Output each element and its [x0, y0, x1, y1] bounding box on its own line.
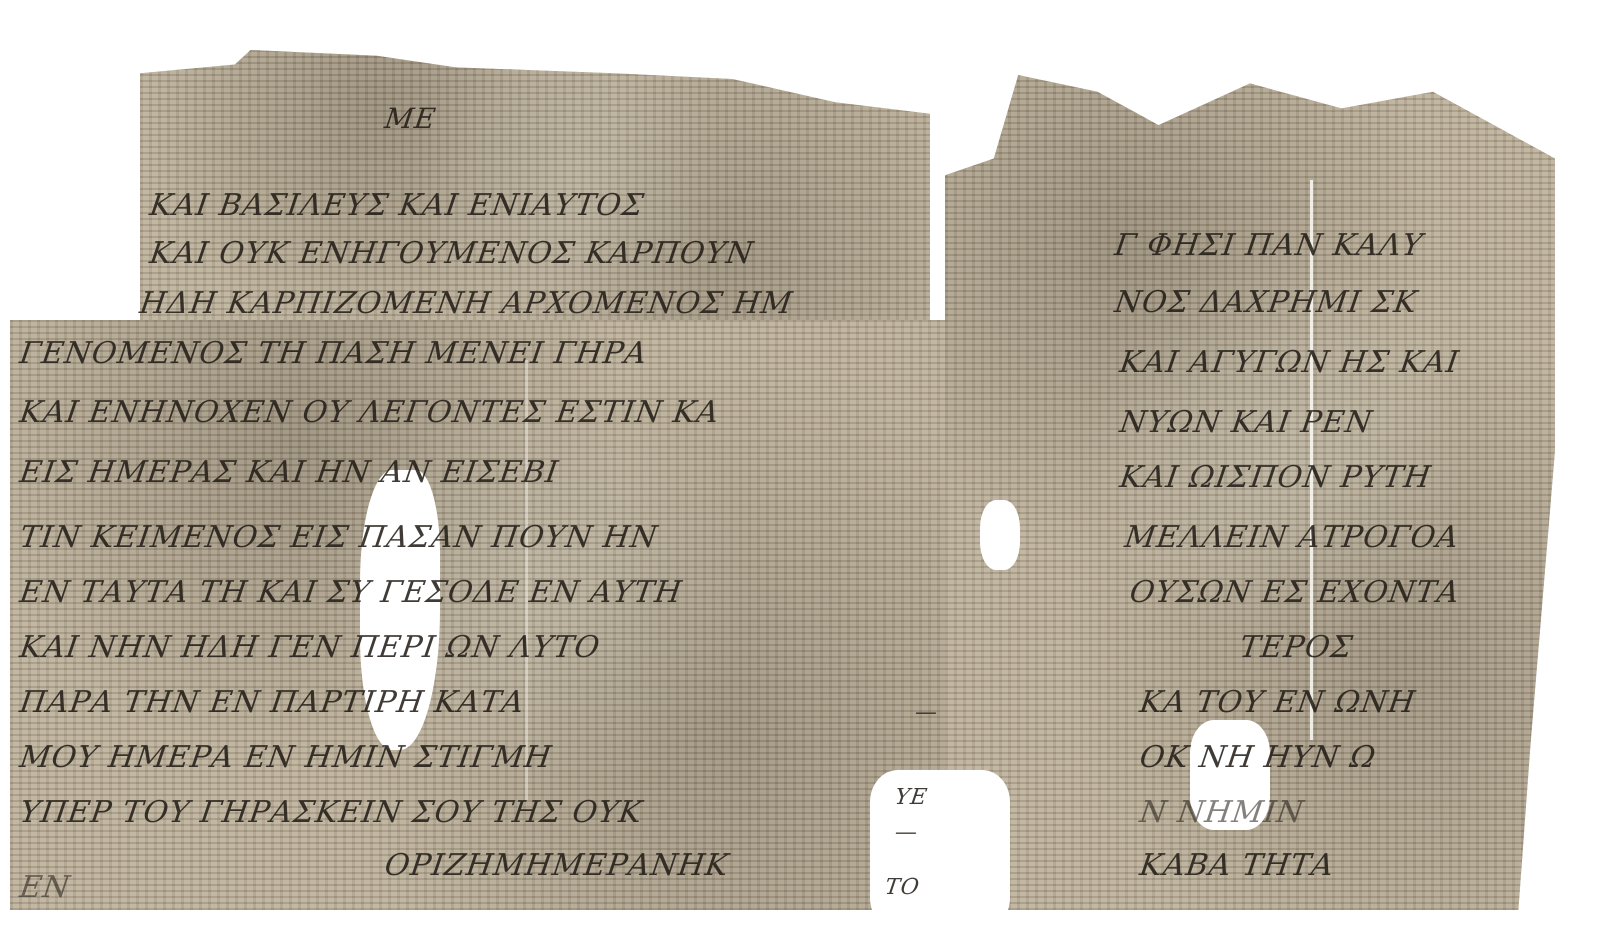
text-line: ΜΟΥ ΗΜΕΡΑ ΕΝ ΗΜΙΝ ΣΤΙΓΜΗ	[18, 740, 555, 775]
text-line: ΝΥΩΝ ΚΑΙ ΡΕΝ	[1118, 405, 1375, 440]
papyrus-hole	[870, 770, 1010, 929]
text-line: ΚΑΙ ΕΝΗΝΟΧΕΝ ΟΥ ΛΕΓΟΝΤΕΣ ΕΣΤΙΝ ΚΑ	[18, 395, 722, 430]
text-line: ΠΑΡΑ ΤΗΝ ΕΝ ΠΑΡΤΙΡΗ ΚΑΤΑ	[18, 685, 527, 720]
column-header: ΜΕ	[383, 102, 439, 135]
text-line: ΚΑΙ ΝΗΝ ΗΔΗ ΓΕΝ ΠΕΡΙ ΩΝ ΛΥΤΟ	[18, 630, 603, 665]
text-line: ΚΑ ΤΟΥ ΕΝ ΩΝΗ	[1138, 685, 1418, 720]
text-line: ΗΔΗ ΚΑΡΠΙΖΟΜΕΝΗ ΑΡΧΟΜΕΝΟΣ ΗΜ	[138, 286, 796, 321]
margin-mark: ΥΕ	[893, 785, 929, 810]
text-line: ΚΑΒΑ ΤΗΤΑ	[1138, 848, 1337, 883]
margin-mark: —	[893, 820, 920, 845]
margin-mark: ΤΟ	[883, 875, 921, 900]
text-line: ΥΠΕΡ ΤΟΥ ΓΗΡΑΣΚΕΙΝ ΣΟΥ ΤΗΣ ΟΥΚ	[18, 795, 645, 830]
text-line: ΚΑΙ ΒΑΣΙΛΕΥΣ ΚΑΙ ΕΝΙΑΥΤΟΣ	[148, 188, 647, 223]
text-line: Ν ΝΗΜΙΝ	[1138, 795, 1307, 830]
text-line: ΕΙΣ ΗΜΕΡΑΣ ΚΑΙ ΗΝ ΑΝ ΕΙΣΕΒΙ	[18, 455, 561, 490]
text-line: ΤΕΡΟΣ	[1238, 630, 1356, 665]
text-line: ΕΝ ΤΑΥΤΑ ΤΗ ΚΑΙ ΣΥ ΓΕΣΟΔΕ ΕΝ ΑΥΤΗ	[18, 575, 685, 610]
text-line: ΟΥΣΩΝ ΕΣ ΕΧΟΝΤΑ	[1128, 575, 1463, 610]
text-line: ΜΕΛΛΕΙΝ ΑΤΡΟΓΟΑ	[1123, 520, 1462, 555]
text-line: ΚΑΙ ΟΥΚ ΕΝΗΓΟΥΜΕΝΟΣ ΚΑΡΠΟΥΝ	[148, 236, 757, 271]
margin-mark: —	[913, 700, 940, 725]
text-line: ΝΟΣ ΔΑΧΡΗΜΙ ΣΚ	[1113, 285, 1420, 320]
text-line: ΤΙΝ ΚΕΙΜΕΝΟΣ ΕΙΣ ΠΑΣΑΝ ΠΟΥΝ ΗΝ	[18, 520, 661, 555]
papyrus-hole	[980, 500, 1020, 570]
text-line: ΟΡΙΖΗΜΗΜΕΡΑΝΗΚ	[383, 848, 732, 883]
text-line: ΕΝ	[18, 870, 73, 905]
text-line: ΚΑΙ ΑΓΥΓΩΝ ΗΣ ΚΑΙ	[1118, 345, 1462, 380]
text-line: ΟΚ ΝΗ ΗΥΝ Ω	[1138, 740, 1379, 775]
text-line: Γ ΦΗΣΙ ΠΑΝ ΚΑΛΥ	[1113, 228, 1426, 263]
text-line: ΚΑΙ ΩΙΣΠΟΝ ΡΥΤΗ	[1118, 460, 1434, 495]
text-line: ΓΕΝΟΜΕΝΟΣ ΤΗ ΠΑΣΗ ΜΕΝΕΙ ΓΗΡΑ	[18, 336, 650, 371]
